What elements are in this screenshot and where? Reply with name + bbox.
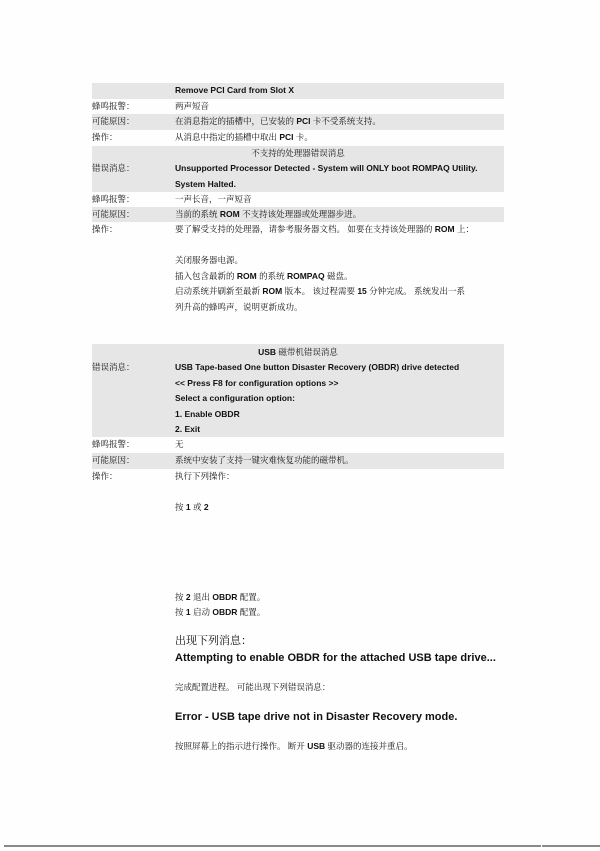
text: 配置。 (237, 607, 265, 617)
cause-text: 当前的系统 (175, 209, 220, 219)
step-text: 的系统 (257, 271, 287, 281)
document-page: Remove PCI Card from Slot X 蜂鸣报警： 两声短音 可… (0, 0, 600, 851)
text: 按 (175, 592, 186, 602)
obdr-bold: OBDR (212, 592, 237, 602)
step-insert-disk: 插入包含最新的 ROM 的系统 ROMPAQ 磁盘。 (175, 269, 352, 285)
processor-action-row: 操作： 要了解受支持的处理器，请参考服务器文档。 如要在支持该处理器的 ROM … (92, 222, 504, 238)
action-bold: ROM (435, 224, 455, 234)
processor-beep-row: 蜂鸣报警： 一声长音，一声短音 (92, 192, 504, 207)
text: 按 (175, 607, 186, 617)
step-text: 插入包含最新的 (175, 271, 237, 281)
processor-cause-row: 可能原因： 当前的系统 ROM 不支持该处理器或处理器步进。 (92, 207, 504, 222)
cause-bold: ROM (220, 209, 240, 219)
action-bold: PCI (279, 132, 293, 142)
usb-mode-error: Error - USB tape drive not in Disaster R… (175, 710, 457, 726)
config-note: 完成配置进程。 可能出现下列错误消息： (175, 680, 330, 696)
action-text-end: 卡。 (294, 132, 313, 142)
text: 按 (175, 502, 186, 512)
error-line-5: 2. Exit (175, 422, 200, 438)
press-choice: 按 1 或 2 (175, 500, 209, 516)
step-text: 列升高的蜂鸣声，说明更新成功。 (175, 302, 303, 312)
final-instruction: 按照屏幕上的指示进行操作。 断开 USB 驱动器的连接并重启。 (175, 739, 413, 755)
usb-action-row: 操作： 执行下列操作： (92, 469, 504, 485)
page-bottom-rule (4, 845, 600, 847)
press-2-exit: 按 2 退出 OBDR 配置。 (175, 590, 265, 606)
text: 按照屏幕上的指示进行操作。 断开 (175, 741, 307, 751)
step-power-off: 关闭服务器电源。 (175, 253, 243, 269)
cause-bold: PCI (296, 116, 310, 126)
step-bold: 15 (357, 286, 366, 296)
pci-action-row: 操作： 从消息中指定的插槽中取出 PCI 卡。 (92, 130, 504, 146)
step-text: 磁盘。 (325, 271, 353, 281)
action-value: 执行下列操作： (175, 469, 235, 485)
key-2: 2 (204, 502, 209, 512)
pci-cause-row: 可能原因： 在消息指定的插槽中，已安装的 PCI 卡不受系统支持。 (92, 114, 504, 130)
cause-text: 在消息指定的插槽中，已安装的 (175, 116, 296, 126)
beep-label: 蜂鸣报警： (92, 99, 135, 115)
text: 启动 (191, 607, 213, 617)
step-success: 列升高的蜂鸣声，说明更新成功。 (175, 300, 303, 316)
usb-beep-row: 蜂鸣报警： 无 (92, 437, 504, 453)
processor-section-title: 不支持的处理器错误消息 (92, 146, 504, 162)
usb-bold: USB (307, 741, 325, 751)
step-text: 版本。 该过程需要 (282, 286, 357, 296)
step-flash-rom: 启动系统并刷新至最新 ROM 版本。 该过程需要 15 分钟完成。 系统发出一系 (175, 284, 465, 300)
cause-text-end: 卡不受系统支持。 (311, 116, 381, 126)
cause-label: 可能原因： (92, 114, 135, 130)
step-text: 启动系统并刷新至最新 (175, 286, 262, 296)
pci-message-row: Remove PCI Card from Slot X (92, 83, 504, 99)
error-line-1: Unsupported Processor Detected - System … (175, 161, 477, 177)
page-rule-gap (541, 844, 542, 848)
usb-error-block: USB USB 磁带机错误消息磁带机错误消息 错误消息： USB Tape-ba… (92, 344, 504, 437)
cause-label: 可能原因： (92, 453, 135, 469)
action-text: 要了解受支持的处理器，请参考服务器文档。 如要在支持该处理器的 (175, 224, 435, 234)
text: 配置。 (237, 592, 265, 602)
cause-text-end: 不支持该处理器或处理器步进。 (240, 209, 361, 219)
beep-value: 无 (175, 437, 184, 453)
error-line-2: << Press F8 for configuration options >> (175, 376, 338, 392)
cause-value: 在消息指定的插槽中，已安装的 PCI 卡不受系统支持。 (175, 114, 381, 130)
step-bold: ROM (237, 271, 257, 281)
usb-section-title: USB USB 磁带机错误消息磁带机错误消息 (92, 345, 504, 361)
step-text: 分钟完成。 系统发出一系 (367, 286, 465, 296)
error-label: 错误消息： (92, 360, 135, 376)
beep-value: 两声短音 (175, 99, 209, 115)
beep-value: 一声长音，一声短音 (175, 192, 252, 208)
pci-beep-row: 蜂鸣报警： 两声短音 (92, 99, 504, 114)
action-label: 操作： (92, 469, 118, 485)
action-label: 操作： (92, 222, 118, 238)
error-label: 错误消息： (92, 161, 135, 177)
step-bold: ROMPAQ (287, 271, 325, 281)
action-text-end: 上： (455, 224, 474, 234)
action-value: 要了解受支持的处理器，请参考服务器文档。 如要在支持该处理器的 ROM 上： (175, 222, 474, 238)
action-text: 从消息中指定的插槽中取出 (175, 132, 279, 142)
beep-label: 蜂鸣报警： (92, 192, 135, 208)
attempt-message: Attempting to enable OBDR for the attach… (175, 651, 496, 667)
text: 退出 (191, 592, 213, 602)
pci-message-text: Remove PCI Card from Slot X (175, 83, 294, 99)
action-label: 操作： (92, 130, 118, 146)
step-text: 关闭服务器电源。 (175, 255, 243, 265)
error-line-1: USB Tape-based One button Disaster Recov… (175, 360, 459, 376)
cause-label: 可能原因： (92, 207, 135, 223)
error-line-2: System Halted. (175, 177, 236, 193)
error-line-4: 1. Enable OBDR (175, 407, 240, 423)
error-line-3: Select a configuration option: (175, 391, 295, 407)
appear-text: 出现下列消息： (175, 634, 252, 650)
processor-error-block: 不支持的处理器错误消息 错误消息： Unsupported Processor … (92, 146, 504, 192)
text: 驱动器的连接并重启。 (325, 741, 412, 751)
cause-value: 系统中安装了支持一键灾难恢复功能的磁带机。 (175, 453, 354, 469)
action-value: 从消息中指定的插槽中取出 PCI 卡。 (175, 130, 313, 146)
text: 或 (191, 502, 204, 512)
cause-value: 当前的系统 ROM 不支持该处理器或处理器步进。 (175, 207, 361, 223)
press-1-enable: 按 1 启动 OBDR 配置。 (175, 605, 265, 621)
usb-title-rest: 磁带机错误消息 (278, 347, 338, 357)
usb-cause-row: 可能原因： 系统中安装了支持一键灾难恢复功能的磁带机。 (92, 453, 504, 469)
beep-label: 蜂鸣报警： (92, 437, 135, 453)
obdr-bold: OBDR (212, 607, 237, 617)
step-bold: ROM (262, 286, 282, 296)
